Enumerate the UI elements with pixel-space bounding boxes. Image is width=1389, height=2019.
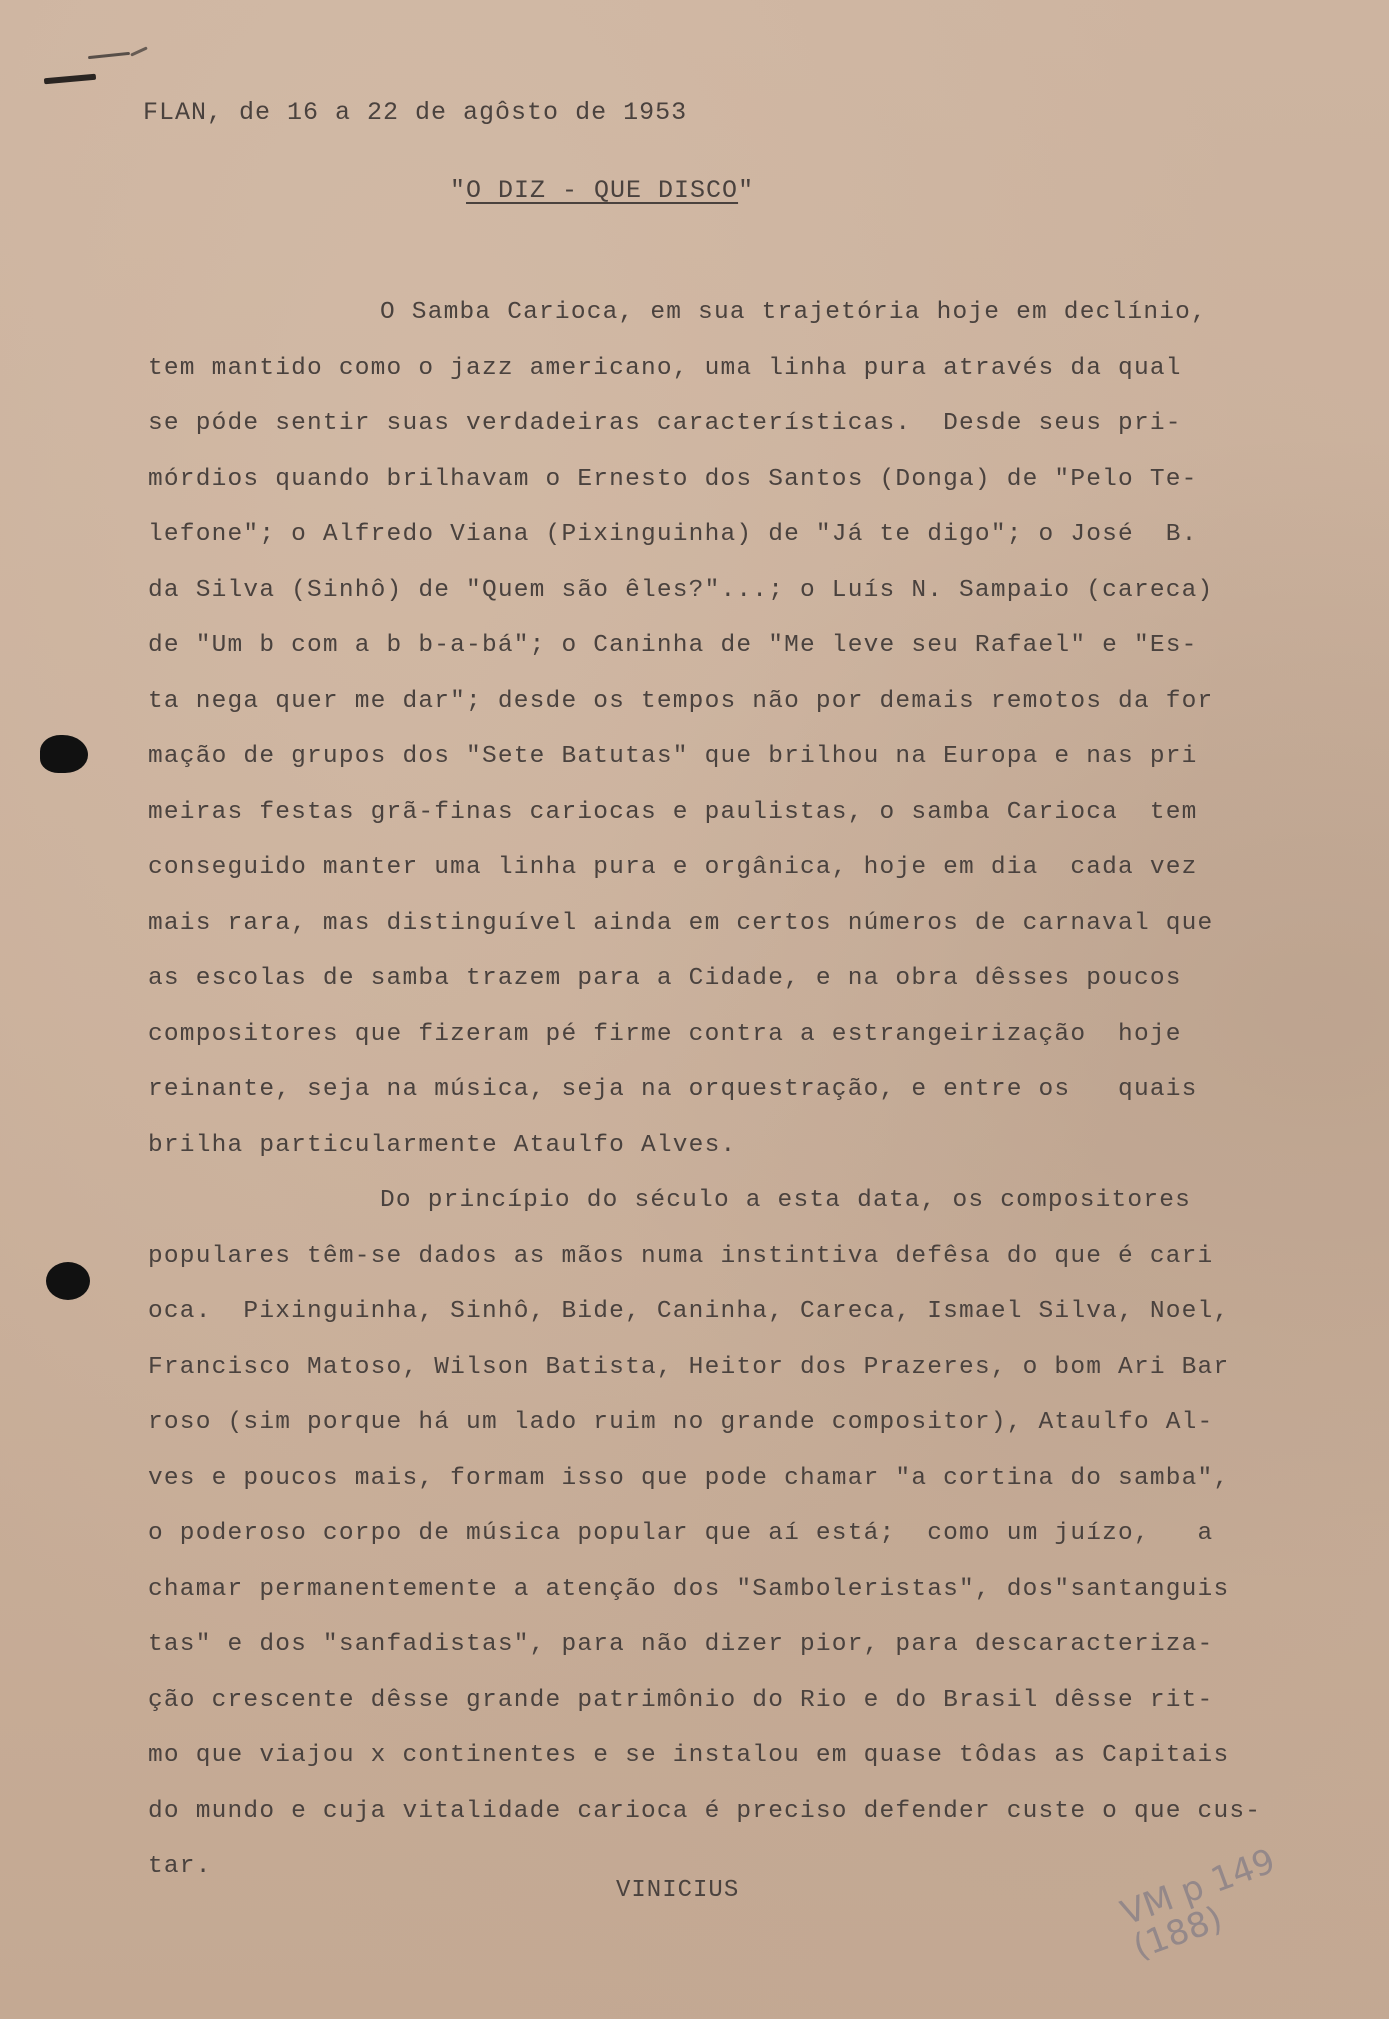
paragraph-2: Do princípio do século a esta data, os c…	[148, 1173, 1348, 1895]
text-line: reinante, seja na música, seja na orques…	[148, 1062, 1348, 1118]
text-line: brilha particularmente Ataulfo Alves.	[148, 1118, 1348, 1174]
title-text: O DIZ - QUE DISCO	[466, 176, 738, 205]
text-line: ta nega quer me dar"; desde os tempos nã…	[148, 674, 1348, 730]
text-line: lefone"; o Alfredo Viana (Pixinguinha) d…	[148, 507, 1348, 563]
text-line: do mundo e cuja vitalidade carioca é pre…	[148, 1784, 1348, 1840]
text-line: mação de grupos dos "Sete Batutas" que b…	[148, 729, 1348, 785]
text-line: tas" e dos "sanfadistas", para não dizer…	[148, 1617, 1348, 1673]
text-line: conseguido manter uma linha pura e orgân…	[148, 840, 1348, 896]
punch-hole-icon	[46, 1262, 90, 1300]
text-line: mo que viajou x continentes e se instalo…	[148, 1728, 1348, 1784]
punch-hole-icon	[40, 735, 88, 773]
document-title: "O DIZ - QUE DISCO"	[450, 176, 754, 205]
author-signature: VINICIUS	[616, 1877, 739, 1904]
ink-smudge	[130, 46, 148, 56]
text-line: oca. Pixinguinha, Sinhô, Bide, Caninha, …	[148, 1284, 1348, 1340]
text-line: compositores que fizeram pé firme contra…	[148, 1007, 1348, 1063]
ink-smudge	[44, 74, 96, 85]
text-line: mais rara, mas distinguível ainda em cer…	[148, 896, 1348, 952]
paragraph-1: O Samba Carioca, em sua trajetória hoje …	[148, 285, 1348, 1173]
text-line: Do princípio do século a esta data, os c…	[148, 1173, 1348, 1229]
text-line: tem mantido como o jazz americano, uma l…	[148, 341, 1348, 397]
text-line: ves e poucos mais, formam isso que pode …	[148, 1451, 1348, 1507]
text-line: meiras festas grã-finas cariocas e pauli…	[148, 785, 1348, 841]
text-line: o poderoso corpo de música popular que a…	[148, 1506, 1348, 1562]
text-line: populares têm-se dados as mãos numa inst…	[148, 1229, 1348, 1285]
document-page: FLAN, de 16 a 22 de agôsto de 1953 "O DI…	[0, 0, 1389, 2019]
document-body: O Samba Carioca, em sua trajetória hoje …	[148, 285, 1348, 1895]
text-line: mórdios quando brilhavam o Ernesto dos S…	[148, 452, 1348, 508]
text-line: chamar permanentemente a atenção dos "Sa…	[148, 1562, 1348, 1618]
text-line: da Silva (Sinhô) de "Quem são êles?"...;…	[148, 563, 1348, 619]
title-close-quote: "	[738, 176, 754, 205]
text-line: roso (sim porque há um lado ruim no gran…	[148, 1395, 1348, 1451]
ink-smudge	[88, 52, 130, 59]
text-line: se póde sentir suas verdadeiras caracter…	[148, 396, 1348, 452]
text-line: Francisco Matoso, Wilson Batista, Heitor…	[148, 1340, 1348, 1396]
text-line: de "Um b com a b b-a-bá"; o Caninha de "…	[148, 618, 1348, 674]
document-header: FLAN, de 16 a 22 de agôsto de 1953	[143, 98, 687, 127]
text-line: as escolas de samba trazem para a Cidade…	[148, 951, 1348, 1007]
text-line: ção crescente dêsse grande patrimônio do…	[148, 1673, 1348, 1729]
text-line: O Samba Carioca, em sua trajetória hoje …	[148, 285, 1348, 341]
title-open-quote: "	[450, 176, 466, 205]
